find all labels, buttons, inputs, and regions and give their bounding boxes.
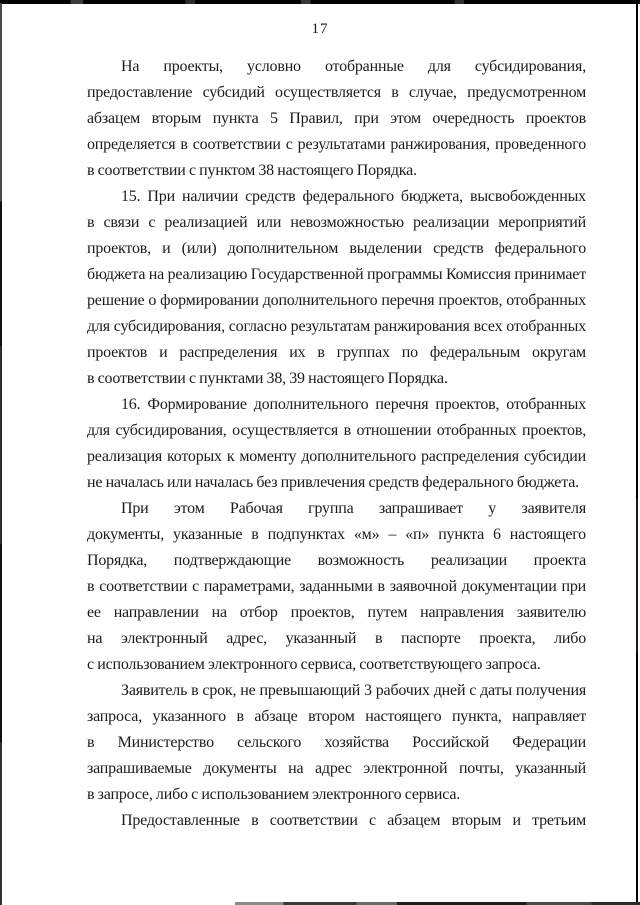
text-line: не началась или началась без привлечения… — [87, 470, 586, 496]
scan-edge-left — [0, 3, 2, 905]
paragraph: При этом Рабочая группа запрашивает у за… — [87, 496, 586, 678]
text-line: проектов и распределения их в группах по… — [87, 340, 586, 366]
page-number: 17 — [0, 21, 640, 38]
text-line: для субсидирования, осуществляется в отн… — [87, 418, 586, 444]
text-line: запрашиваемые документы на адрес электро… — [87, 756, 586, 782]
paragraph: Заявитель в срок, не превышающий 3 рабоч… — [87, 678, 586, 808]
text-line: бюджета на реализацию Государственной пр… — [87, 262, 586, 288]
text-line: в запросе, либо с использованием электро… — [87, 782, 586, 808]
paragraph: Предоставленные в соответствии с абзацем… — [87, 808, 586, 834]
paragraph: 15. При наличии средств федерального бюд… — [87, 184, 586, 392]
text-line: в соответствии с пунктом 38 настоящего П… — [87, 158, 586, 184]
paragraph: 16. Формирование дополнительного перечня… — [87, 392, 586, 496]
text-line: Предоставленные в соответствии с абзацем… — [87, 808, 586, 834]
text-line: в связи с реализацией или невозможностью… — [87, 210, 586, 236]
text-line: абзацем вторым пункта 5 Правил, при этом… — [87, 106, 586, 132]
text-line: на электронный адрес, указанный в паспор… — [87, 626, 586, 652]
text-line: с использованием электронного сервиса, с… — [87, 652, 586, 678]
text-line: документы, указанные в подпунктах «м» – … — [87, 522, 586, 548]
text-line: реализация которых к моменту дополнитель… — [87, 444, 586, 470]
text-line: запроса, указанного в абзаце втором наст… — [87, 704, 586, 730]
scan-edge-right — [636, 3, 638, 905]
text-line: в Министерство сельского хозяйства Росси… — [87, 730, 586, 756]
text-line: При этом Рабочая группа запрашивает у за… — [87, 496, 586, 522]
text-line: определяется в соответствии с результата… — [87, 132, 586, 158]
text-line: в соответствии с пунктами 38, 39 настоящ… — [87, 366, 586, 392]
text-line: Порядка, подтверждающие возможность реал… — [87, 548, 586, 574]
text-line: 16. Формирование дополнительного перечня… — [87, 392, 586, 418]
paragraph: На проекты, условно отобранные для субси… — [87, 54, 586, 184]
text-line: На проекты, условно отобранные для субси… — [87, 54, 586, 80]
document-body: На проекты, условно отобранные для субси… — [87, 54, 586, 834]
scan-edge-top — [0, 0, 640, 4]
text-line: для субсидирования, согласно результатам… — [87, 314, 586, 340]
text-line: ее направлении на отбор проектов, путем … — [87, 600, 586, 626]
text-line: проектов, и (или) дополнительном выделен… — [87, 236, 586, 262]
text-line: в соответствии с параметрами, заданными … — [87, 574, 586, 600]
text-line: предоставление субсидий осуществляется в… — [87, 80, 586, 106]
text-line: Заявитель в срок, не превышающий 3 рабоч… — [87, 678, 586, 704]
text-line: 15. При наличии средств федерального бюд… — [87, 184, 586, 210]
text-line: решение о формировании дополнительного п… — [87, 288, 586, 314]
